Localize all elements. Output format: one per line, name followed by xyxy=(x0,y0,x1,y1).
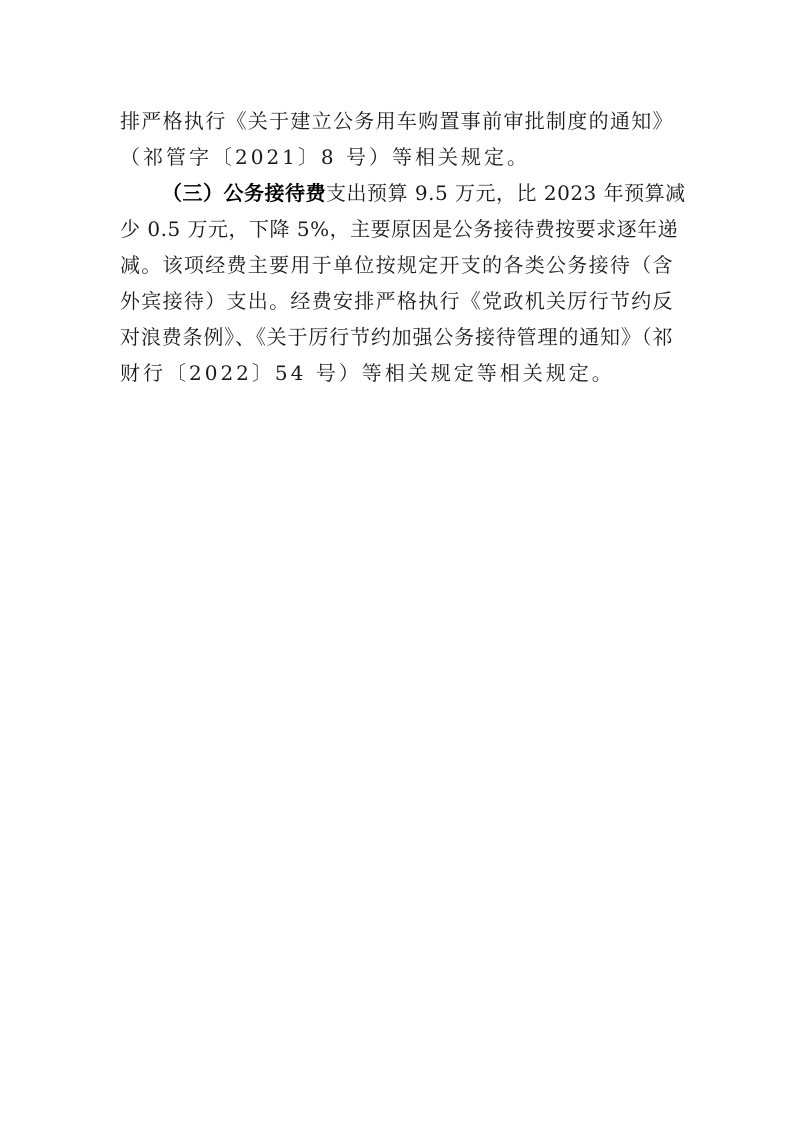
paragraph-1-line-2: （祁管字〔2021〕8 号）等相关规定。 xyxy=(120,139,673,175)
paragraph-2-line-5: 对浪费条例》、《关于厉行节约加强公务接待管理的通知》（祁 xyxy=(120,319,673,355)
document-page: 排严格执行《关于建立公务用车购置事前审批制度的通知》 （祁管字〔2021〕8 号… xyxy=(120,103,673,391)
paragraph-2-line-3: 减。该项经费主要用于单位按规定开支的各类公务接待（含 xyxy=(120,247,673,283)
paragraph-2-line-2: 少 0.5 万元，下降 5%，主要原因是公务接待费按要求逐年递 xyxy=(120,211,673,247)
paragraph-2-line-6: 财行〔2022〕54 号）等相关规定等相关规定。 xyxy=(120,355,673,391)
paragraph-2-line-4: 外宾接待）支出。经费安排严格执行《党政机关厉行节约反 xyxy=(120,283,673,319)
paragraph-2-line-1: （三）公务接待费支出预算 9.5 万元，比 2023 年预算减 xyxy=(120,175,673,211)
paragraph-1-line-1: 排严格执行《关于建立公务用车购置事前审批制度的通知》 xyxy=(120,103,673,139)
paragraph-2-line-1-text: 支出预算 9.5 万元，比 2023 年预算减 xyxy=(326,181,686,205)
section-heading: （三）公务接待费 xyxy=(162,181,326,205)
